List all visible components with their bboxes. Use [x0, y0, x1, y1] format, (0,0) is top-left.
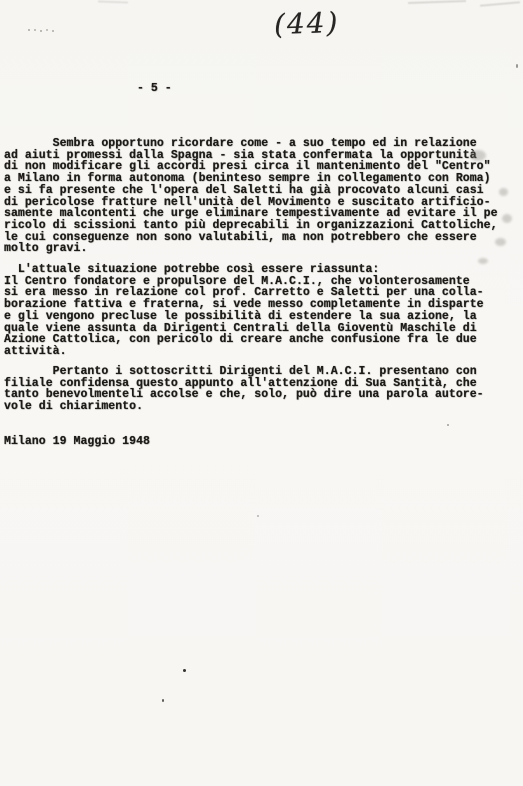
scan-speck — [162, 699, 164, 702]
handwritten-page-annotation: (44) — [273, 6, 340, 42]
paragraph-1: Sembra opportuno ricordare come - a suo … — [4, 138, 498, 255]
scan-smudge — [478, 258, 488, 264]
scan-streak — [480, 1, 520, 6]
scan-dot-row — [28, 29, 30, 31]
scan-smudge — [502, 214, 512, 223]
scan-smudge — [495, 238, 506, 246]
scan-speck — [447, 424, 449, 426]
dateline: Milano 19 Maggio 1948 — [4, 436, 150, 448]
scan-smudge — [470, 150, 486, 161]
page-number: - 5 - — [137, 83, 172, 95]
paragraph-3: Pertanto i sottoscritti Dirigenti del M.… — [4, 366, 484, 413]
scanned-document-page: (44) - 5 - Sembra opportuno ricordare co… — [0, 0, 523, 786]
scan-speck — [516, 64, 518, 68]
paragraph-2: L'attuale situazione potrebbe così esser… — [4, 264, 484, 358]
scan-speck — [183, 669, 186, 672]
scan-speck — [257, 515, 259, 517]
scan-streak — [98, 0, 128, 3]
scan-speck — [90, 392, 92, 394]
scan-streak — [408, 0, 466, 4]
scan-smudge — [499, 188, 508, 196]
